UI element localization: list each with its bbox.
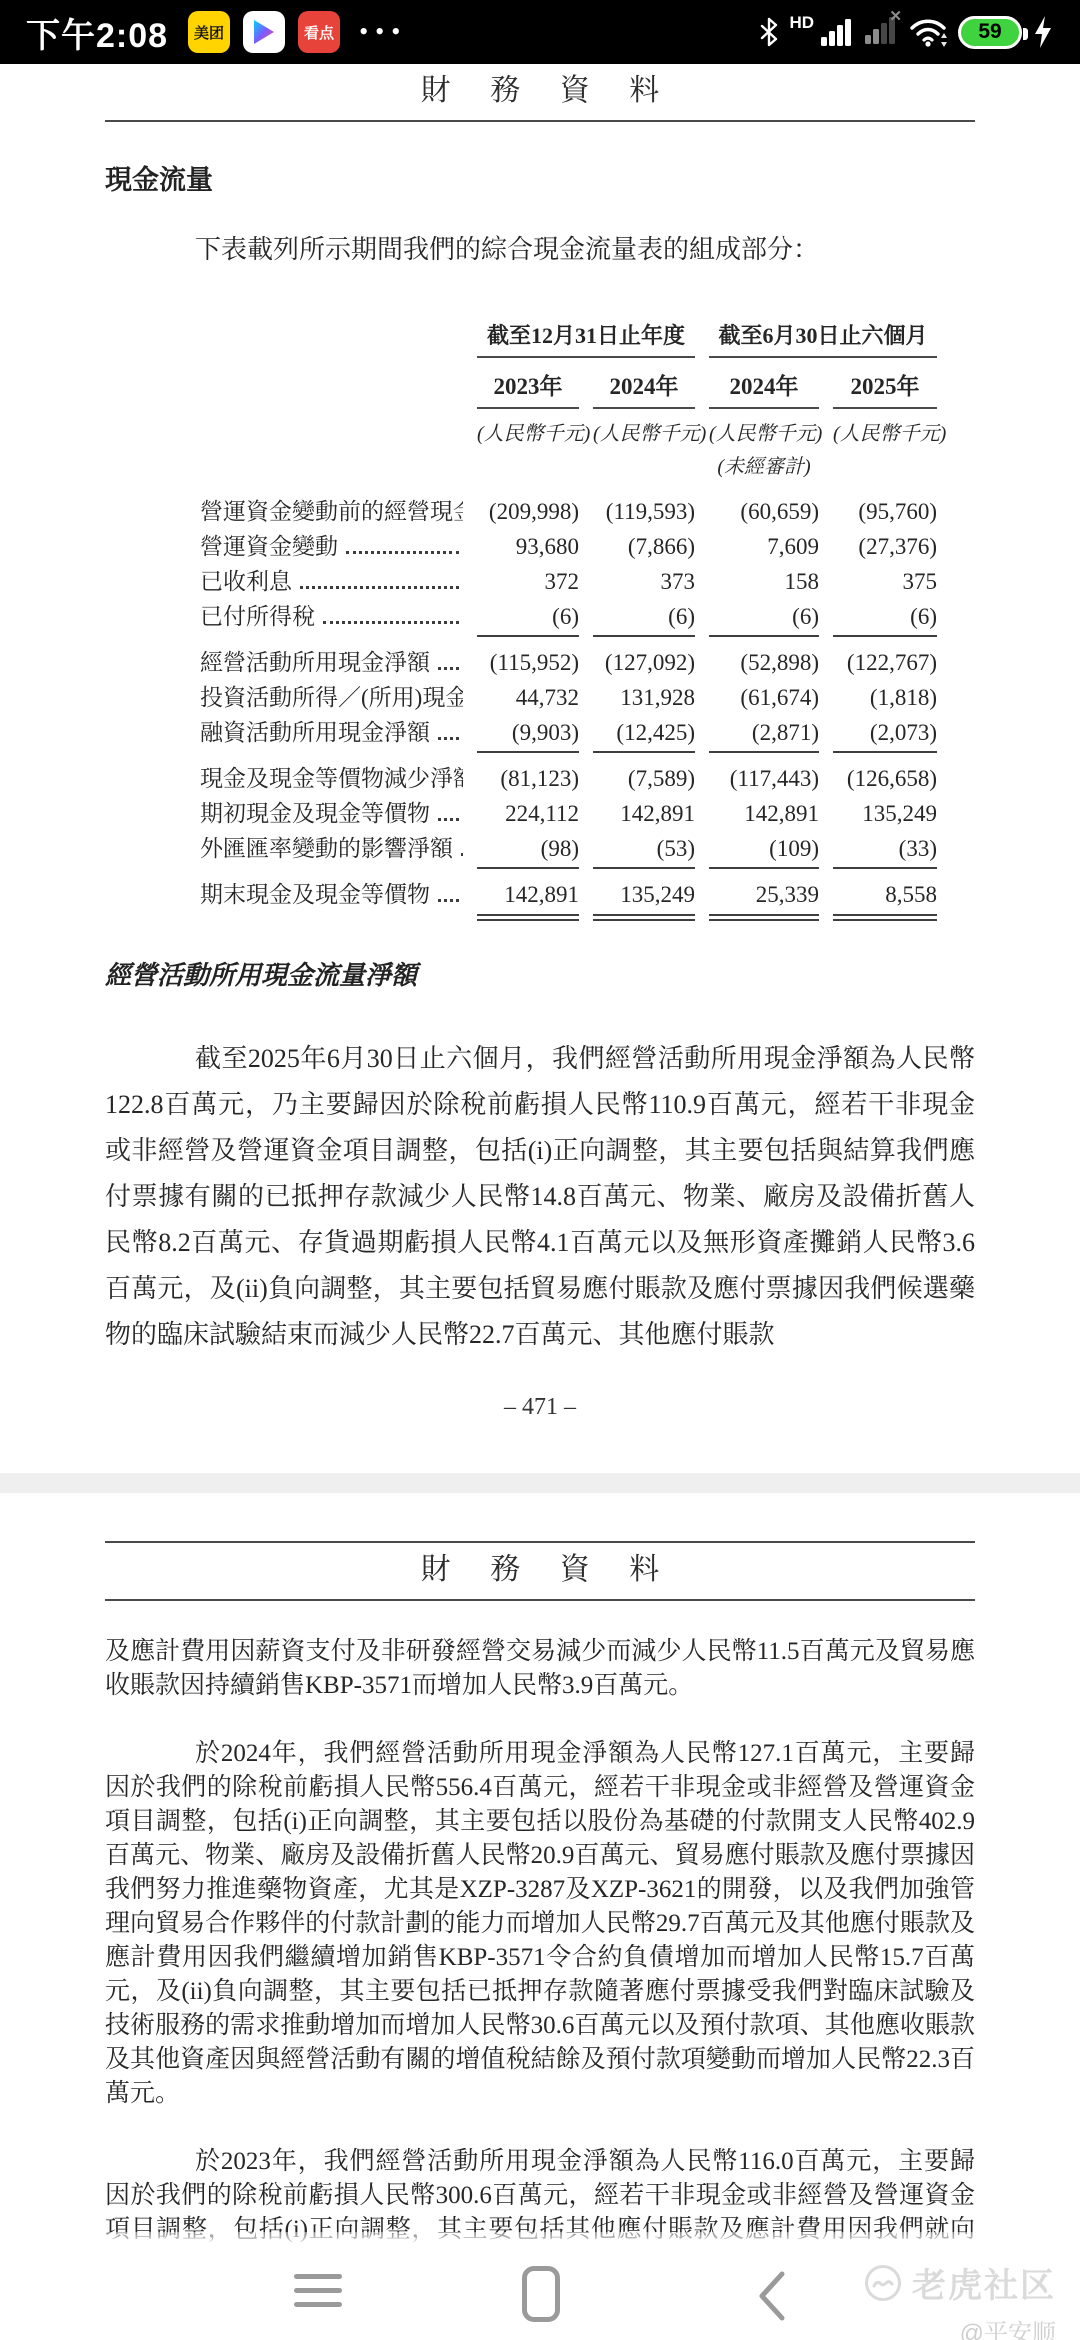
- dot-leader: [438, 737, 459, 740]
- status-bar: 下午2:08 美团 看点 ••• HD ✕: [0, 0, 1080, 64]
- table-row-label: 營運資金變動: [200, 528, 338, 561]
- table-row: 已收利息 372 373 158 375: [200, 563, 937, 598]
- page-header-title: 財 務 資 料: [105, 1551, 975, 1589]
- table-cell-value: (95,760): [833, 499, 937, 525]
- navigation-bar: 老虎社区 @平安顺: [0, 2248, 1080, 2340]
- unit-label: (人民幣千元): [593, 409, 695, 446]
- table-cell-value: (2,073): [833, 720, 937, 753]
- table-cell-value: 93,680: [477, 534, 579, 560]
- table-cell-value: (60,659): [709, 499, 819, 525]
- table-cell-value: 131,928: [593, 685, 695, 711]
- cash-flow-table: 截至12月31日止年度 截至6月30日止六個月 2023年 2024年 2024…: [200, 319, 937, 925]
- table-row: 融資活動所用現金淨額 (9,903) (12,425) (2,871) (2,0…: [200, 714, 937, 760]
- table-cell-value: 8,558: [833, 882, 937, 921]
- table-cell-value: (81,123): [477, 766, 579, 792]
- table-cell-value: 7,609: [709, 534, 819, 560]
- table-cell-value: 372: [477, 569, 579, 595]
- wifi-icon: [908, 16, 948, 48]
- dot-leader: [438, 899, 459, 902]
- table-cell-value: (7,589): [593, 766, 695, 792]
- year-header: 2024年: [709, 358, 819, 409]
- intro-paragraph: 下表載列所示期間我們的綜合現金流量表的組成部分：: [105, 227, 975, 273]
- table-row: 現金及現金等價物減少淨額 (81,123) (7,589) (117,443) …: [200, 760, 937, 795]
- table-cell-value: (115,952): [477, 650, 579, 676]
- column-group-annual: 截至12月31日止年度: [477, 319, 695, 358]
- hd-indicator: HD: [789, 13, 814, 33]
- table-cell-value: (7,866): [593, 534, 695, 560]
- table-cell-value: 224,112: [477, 801, 579, 827]
- battery-indicator: 59: [958, 16, 1022, 49]
- table-row-label: 期末現金及現金等價物: [200, 876, 430, 909]
- charging-bolt-icon: [1032, 15, 1054, 49]
- unit-label: (人民幣千元): [477, 409, 579, 446]
- table-cell-value: (6): [593, 604, 695, 637]
- table-cell-value: 158: [709, 569, 819, 595]
- meituan-app-icon: 美团: [188, 11, 230, 53]
- back-button[interactable]: [756, 2268, 786, 2324]
- table-row: 已付所得稅 (6) (6) (6) (6): [200, 598, 937, 644]
- table-row: 營運資金變動 93,680 (7,866) 7,609 (27,376): [200, 528, 937, 563]
- table-row-label: 期初現金及現金等價物: [200, 795, 430, 828]
- table-row-label: 外匯匯率變動的影響淨額: [200, 830, 453, 863]
- header-rule-top: [105, 1541, 975, 1543]
- table-cell-value: (127,092): [593, 650, 695, 676]
- table-cell-value: 135,249: [593, 882, 695, 921]
- table-cell-value: 142,891: [593, 801, 695, 827]
- table-unit-row: (人民幣千元) (人民幣千元) (人民幣千元) (人民幣千元): [200, 409, 937, 446]
- year-header: 2023年: [477, 358, 579, 409]
- table-cell-value: (27,376): [833, 534, 937, 560]
- table-unaudited-row: (未經審計): [200, 446, 937, 479]
- table-cell-value: (122,767): [833, 650, 937, 676]
- kandian-app-icon: 看点: [298, 11, 340, 53]
- page-number: – 471 –: [0, 1394, 1080, 1421]
- bluetooth-icon: [759, 17, 779, 47]
- unit-label: (人民幣千元): [709, 409, 819, 446]
- table-cell-value: 373: [593, 569, 695, 595]
- table-cell-value: (209,998): [477, 499, 579, 525]
- table-cell-value: (9,903): [477, 720, 579, 753]
- cash-flow-heading: 現金流量: [105, 158, 975, 197]
- table-cell-value: (98): [477, 836, 579, 869]
- watermark-community-name: 老虎社区: [912, 2258, 1056, 2307]
- dot-leader: [323, 621, 459, 624]
- year-header: 2025年: [833, 358, 937, 409]
- table-row: 期末現金及現金等價物 142,891 135,249 25,339 8,558: [200, 876, 937, 925]
- table-cell-value: (33): [833, 836, 937, 869]
- body-paragraph: 及應計費用因薪資支付及非研發經營交易減少而減少人民幣11.5百萬元及貿易應收賬款…: [105, 1635, 975, 1703]
- tiger-logo-icon: [864, 2264, 902, 2302]
- document-page-2: 財 務 資 料 及應計費用因薪資支付及非研發經營交易減少而減少人民幣11.5百萬…: [0, 1493, 1080, 2340]
- watermark-username: @平安顺: [864, 2313, 1056, 2340]
- subsection-heading: 經營活動所用現金流量淨額: [105, 955, 975, 992]
- table-cell-value: (126,658): [833, 766, 937, 792]
- table-cell-value: (117,443): [709, 766, 819, 792]
- table-cell-value: (53): [593, 836, 695, 869]
- table-row: 投資活動所得／(所用)現金淨額 44,732 131,928 (61,674) …: [200, 679, 937, 714]
- dot-leader: [461, 853, 463, 856]
- table-cell-value: (6): [477, 604, 579, 637]
- unaudited-note: (未經審計): [709, 446, 819, 479]
- dot-leader: [438, 667, 459, 670]
- table-body: 營運資金變動前的經營現金流量 (209,998) (119,593) (60,6…: [200, 493, 937, 925]
- table-cell-value: (52,898): [709, 650, 819, 676]
- dot-leader: [438, 818, 459, 821]
- page-header-title: 財 務 資 料: [105, 72, 975, 110]
- table-row-label: 已收利息: [200, 563, 292, 596]
- dot-leader: [346, 551, 459, 554]
- column-group-interim: 截至6月30日止六個月: [709, 319, 937, 358]
- dot-leader: [300, 586, 459, 589]
- body-paragraph: 截至2025年6月30日止六個月，我們經營活動所用現金淨額為人民幣122.8百萬…: [105, 1036, 975, 1358]
- table-row-label: 融資活動所用現金淨額: [200, 714, 430, 747]
- table-row: 期初現金及現金等價物 224,112 142,891 142,891 135,2…: [200, 795, 937, 830]
- table-cell-value: (119,593): [593, 499, 695, 525]
- table-row: 外匯匯率變動的影響淨額 (98) (53) (109) (33): [200, 830, 937, 876]
- table-cell-value: 135,249: [833, 801, 937, 827]
- signal-bars-sim1-icon: [820, 17, 854, 47]
- header-rule: [105, 120, 975, 122]
- table-cell-value: 25,339: [709, 882, 819, 921]
- table-year-header-row: 2023年 2024年 2024年 2025年: [200, 358, 937, 409]
- table-row: 經營活動所用現金淨額 (115,952) (127,092) (52,898) …: [200, 644, 937, 679]
- table-cell-value: (61,674): [709, 685, 819, 711]
- play-triangle-icon: [252, 19, 276, 45]
- table-cell-value: (6): [833, 604, 937, 637]
- table-cell-value: (2,871): [709, 720, 819, 753]
- watermark: 老虎社区 @平安顺: [864, 2258, 1056, 2340]
- table-row-label: 營運資金變動前的經營現金流量: [200, 493, 463, 526]
- page-separator: [0, 1473, 1080, 1493]
- table-row-label: 已付所得稅: [200, 598, 315, 631]
- table-cell-value: 375: [833, 569, 937, 595]
- signal-bars-sim2-icon: ✕: [864, 15, 898, 50]
- table-cell-value: 142,891: [709, 801, 819, 827]
- table-row-label: 投資活動所得／(所用)現金淨額: [200, 679, 463, 712]
- table-cell-value: 44,732: [477, 685, 579, 711]
- year-header: 2024年: [593, 358, 695, 409]
- recents-menu-button[interactable]: [294, 2274, 342, 2307]
- unit-label: (人民幣千元): [833, 409, 937, 446]
- play-store-app-icon: [243, 11, 285, 53]
- table-row-label: 現金及現金等價物減少淨額: [200, 760, 463, 793]
- table-cell-value: (6): [709, 604, 819, 637]
- header-rule-bottom: [105, 1599, 975, 1601]
- table-cell-value: (12,425): [593, 720, 695, 753]
- table-cell-value: 142,891: [477, 882, 579, 921]
- body-paragraph: 於2024年，我們經營活動所用現金淨額為人民幣127.1百萬元，主要歸因於我們的…: [105, 1737, 975, 2111]
- table-row-label: 經營活動所用現金淨額: [200, 644, 430, 677]
- table-row: 營運資金變動前的經營現金流量 (209,998) (119,593) (60,6…: [200, 493, 937, 528]
- home-button[interactable]: [522, 2266, 560, 2322]
- more-notifications-icon: •••: [359, 17, 407, 47]
- clock: 下午2:08: [26, 8, 168, 57]
- table-group-header-row: 截至12月31日止年度 截至6月30日止六個月: [200, 319, 937, 358]
- table-cell-value: (1,818): [833, 685, 937, 711]
- table-cell-value: (109): [709, 836, 819, 869]
- document-page-1: 財 務 資 料 現金流量 下表載列所示期間我們的綜合現金流量表的組成部分： 截至…: [0, 64, 1080, 1473]
